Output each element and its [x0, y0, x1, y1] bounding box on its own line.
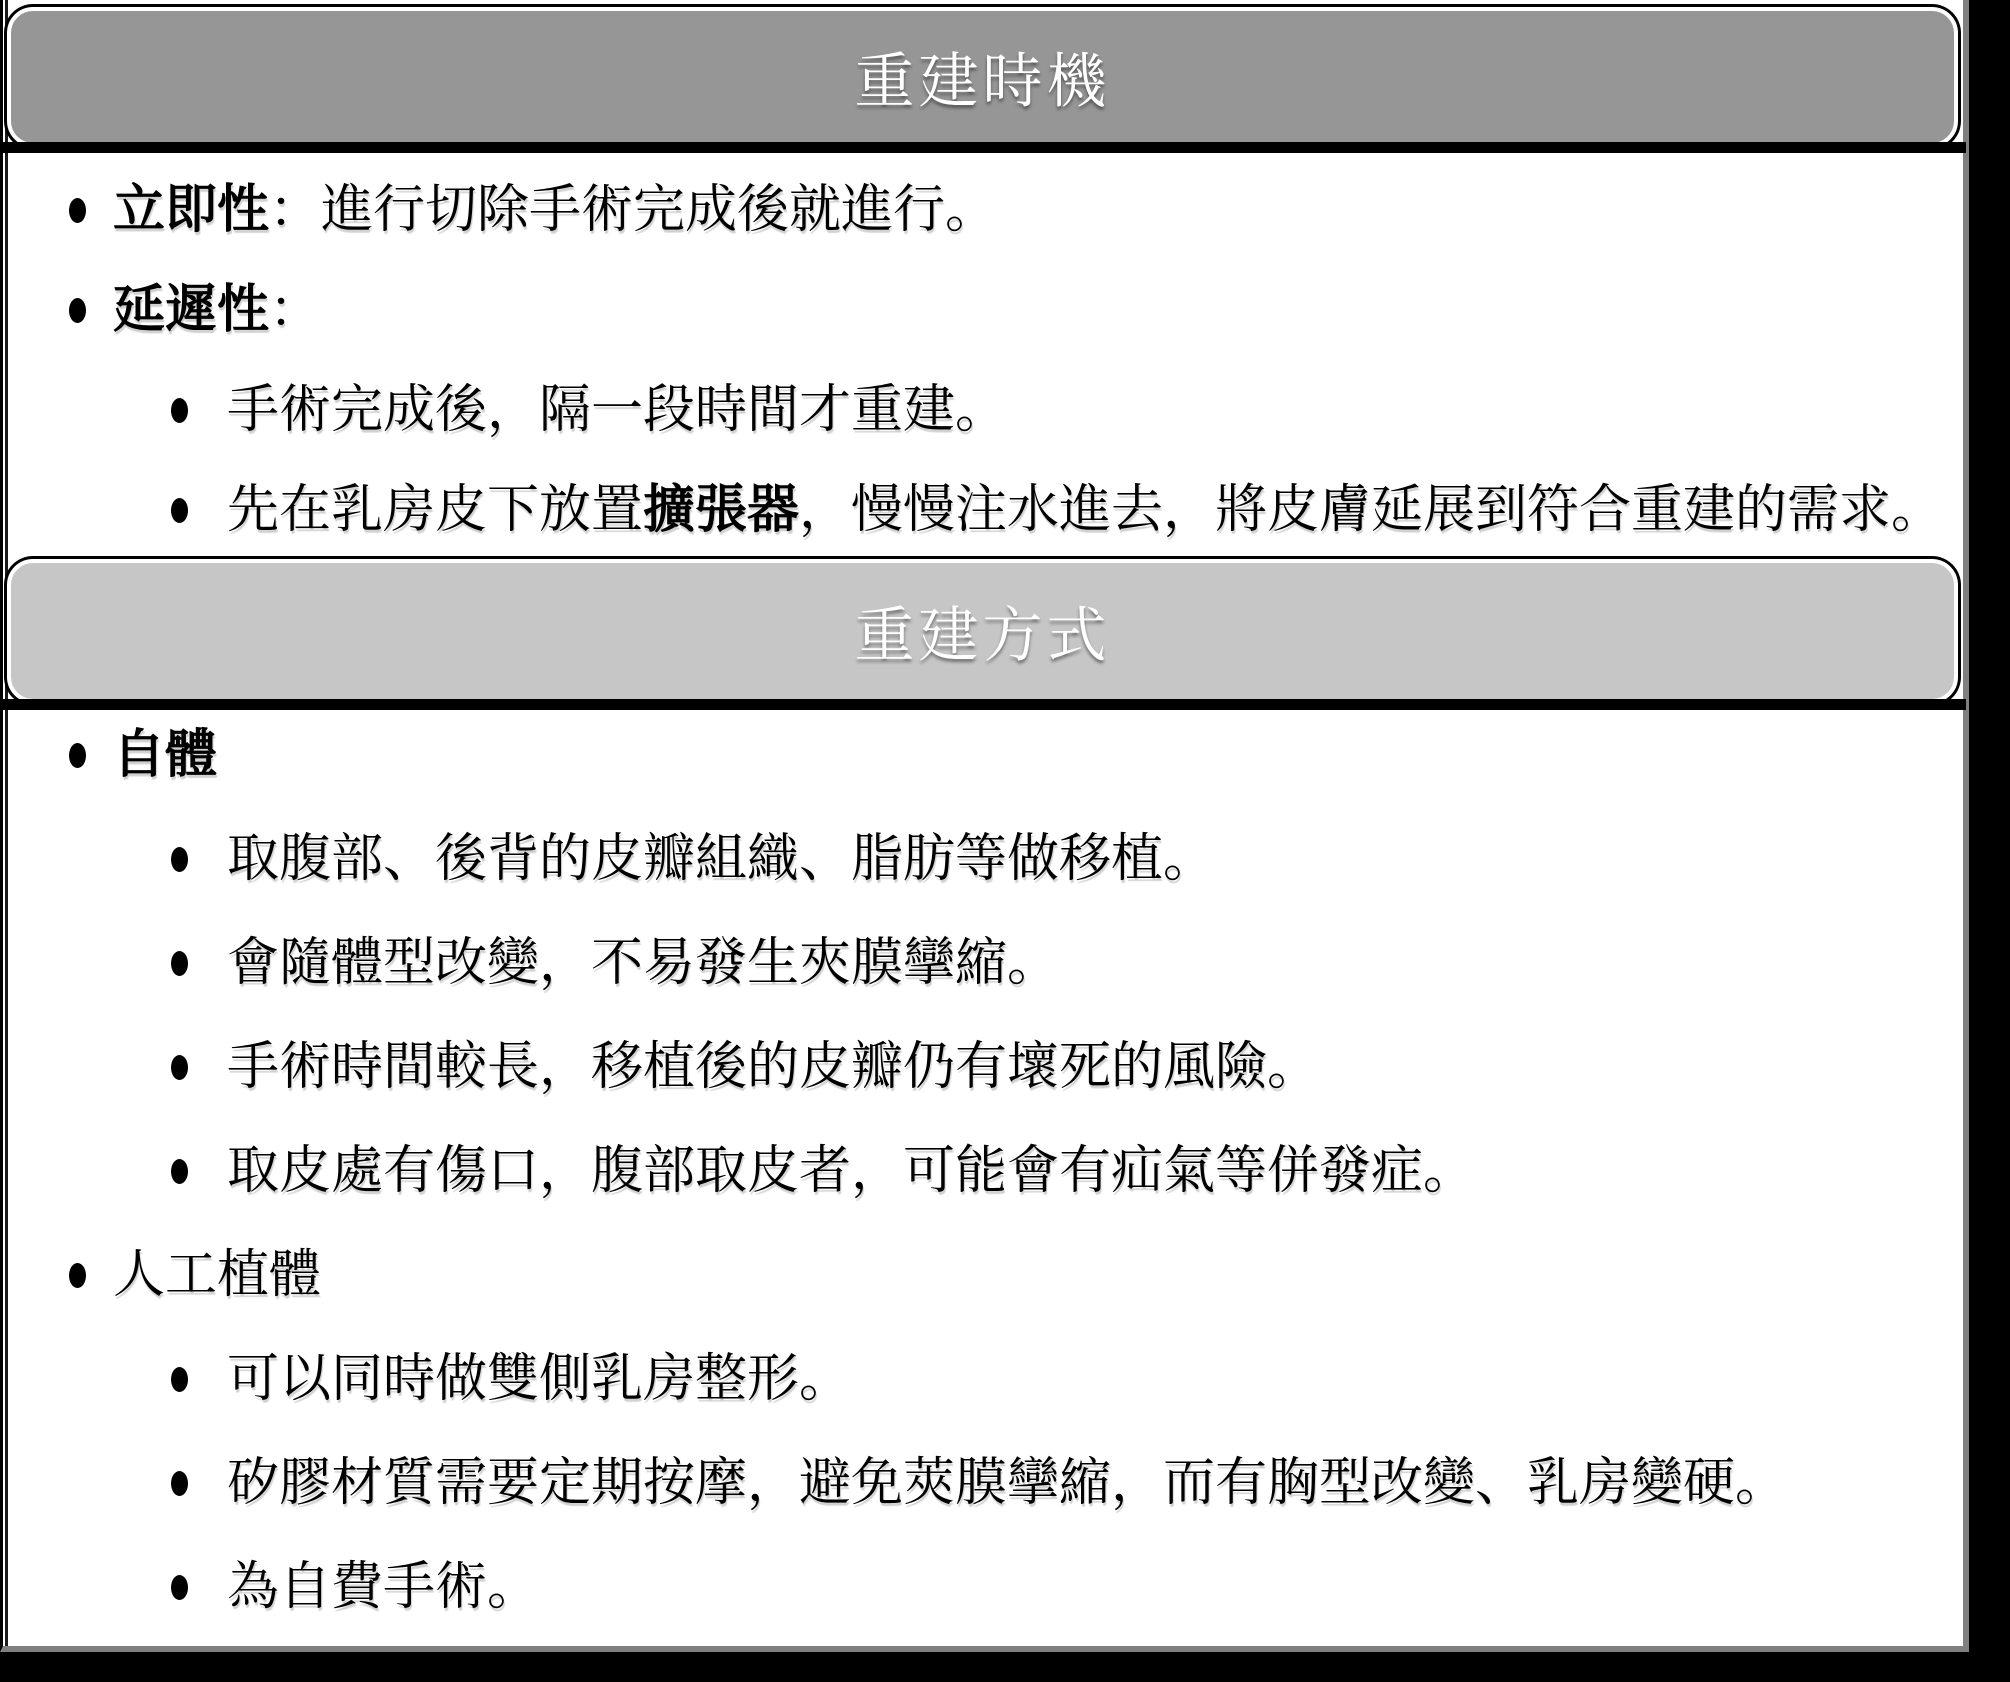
list-item-text: 可以同時做雙側乳房整形。 [227, 1346, 851, 1412]
list-item-text: 先在乳房皮下放置擴張器，慢慢注水進去，將皮膚延展到符合重建的需求。 [227, 477, 1943, 543]
list-item-text: 手術完成後，隔一段時間才重建。 [227, 377, 1007, 443]
header-divider [0, 699, 1966, 710]
list-item-text: 立即性：進行切除手術完成後就進行。 [113, 177, 997, 243]
bullet-icon [171, 1159, 188, 1184]
section-body-method: 自體 取腹部、後背的皮瓣組織、脂肪等做移植。 會隨體型改變，不易發生夾膜攣縮。 … [3, 710, 1963, 1658]
bullet-icon [171, 398, 188, 423]
slide-page: { "page": { "background": "#000000", "pa… [0, 0, 2010, 1682]
list-item-text: 為自費手術。 [227, 1554, 539, 1620]
list-item-text: 會隨體型改變，不易發生夾膜攣縮。 [227, 930, 1059, 996]
bullet-icon [171, 847, 188, 872]
section-header-method: 重建方式 [7, 559, 1958, 703]
bullet-icon [171, 1471, 188, 1496]
bullet-icon [171, 498, 188, 523]
list-item-text: 人工植體 [113, 1242, 321, 1308]
list-item: 會隨體型改變，不易發生夾膜攣縮。 [3, 930, 1963, 996]
section-body-timing: 立即性：進行切除手術完成後就進行。 延遲性： 手術完成後，隔一段時間才重建。 先… [3, 153, 1963, 577]
list-item: 手術時間較長，移植後的皮瓣仍有壞死的風險。 [3, 1034, 1963, 1100]
list-item-text: 自體 [113, 722, 217, 788]
list-item: 矽膠材質需要定期按摩，避免莢膜攣縮，而有胸型改變、乳房變硬。 [3, 1450, 1963, 1516]
bullet-icon [69, 298, 86, 323]
list-item: 手術完成後，隔一段時間才重建。 [3, 377, 1963, 443]
list-item: 為自費手術。 [3, 1554, 1963, 1620]
section-title-timing: 重建時機 [855, 34, 1111, 120]
bullet-icon [171, 1367, 188, 1392]
list-item: 可以同時做雙側乳房整形。 [3, 1346, 1963, 1412]
bullet-icon [171, 951, 188, 976]
bullet-icon [69, 198, 86, 223]
section-title-method: 重建方式 [855, 588, 1111, 674]
list-item: 延遲性： [3, 277, 1963, 343]
list-item: 取腹部、後背的皮瓣組織、脂肪等做移植。 [3, 826, 1963, 892]
list-item: 人工植體 [3, 1242, 1963, 1308]
list-item-text: 矽膠材質需要定期按摩，避免莢膜攣縮，而有胸型改變、乳房變硬。 [227, 1450, 1787, 1516]
section-header-timing: 重建時機 [7, 7, 1958, 147]
list-item: 立即性：進行切除手術完成後就進行。 [3, 177, 1963, 243]
content-panel: 重建時機 立即性：進行切除手術完成後就進行。 延遲性： 手術完成後，隔一段時間才… [0, 0, 1969, 1652]
list-item-text: 取皮處有傷口，腹部取皮者，可能會有疝氣等併發症。 [227, 1138, 1475, 1204]
bullet-icon [69, 1263, 86, 1288]
bullet-icon [171, 1575, 188, 1600]
bullet-icon [69, 743, 86, 768]
bullet-icon [171, 1055, 188, 1080]
list-item: 取皮處有傷口，腹部取皮者，可能會有疝氣等併發症。 [3, 1138, 1963, 1204]
list-item-text: 延遲性： [113, 277, 321, 343]
list-item-text: 手術時間較長，移植後的皮瓣仍有壞死的風險。 [227, 1034, 1319, 1100]
list-item: 自體 [3, 722, 1963, 788]
list-item-text: 取腹部、後背的皮瓣組織、脂肪等做移植。 [227, 826, 1215, 892]
list-item: 先在乳房皮下放置擴張器，慢慢注水進去，將皮膚延展到符合重建的需求。 [3, 477, 1963, 543]
header-divider [0, 142, 1966, 153]
